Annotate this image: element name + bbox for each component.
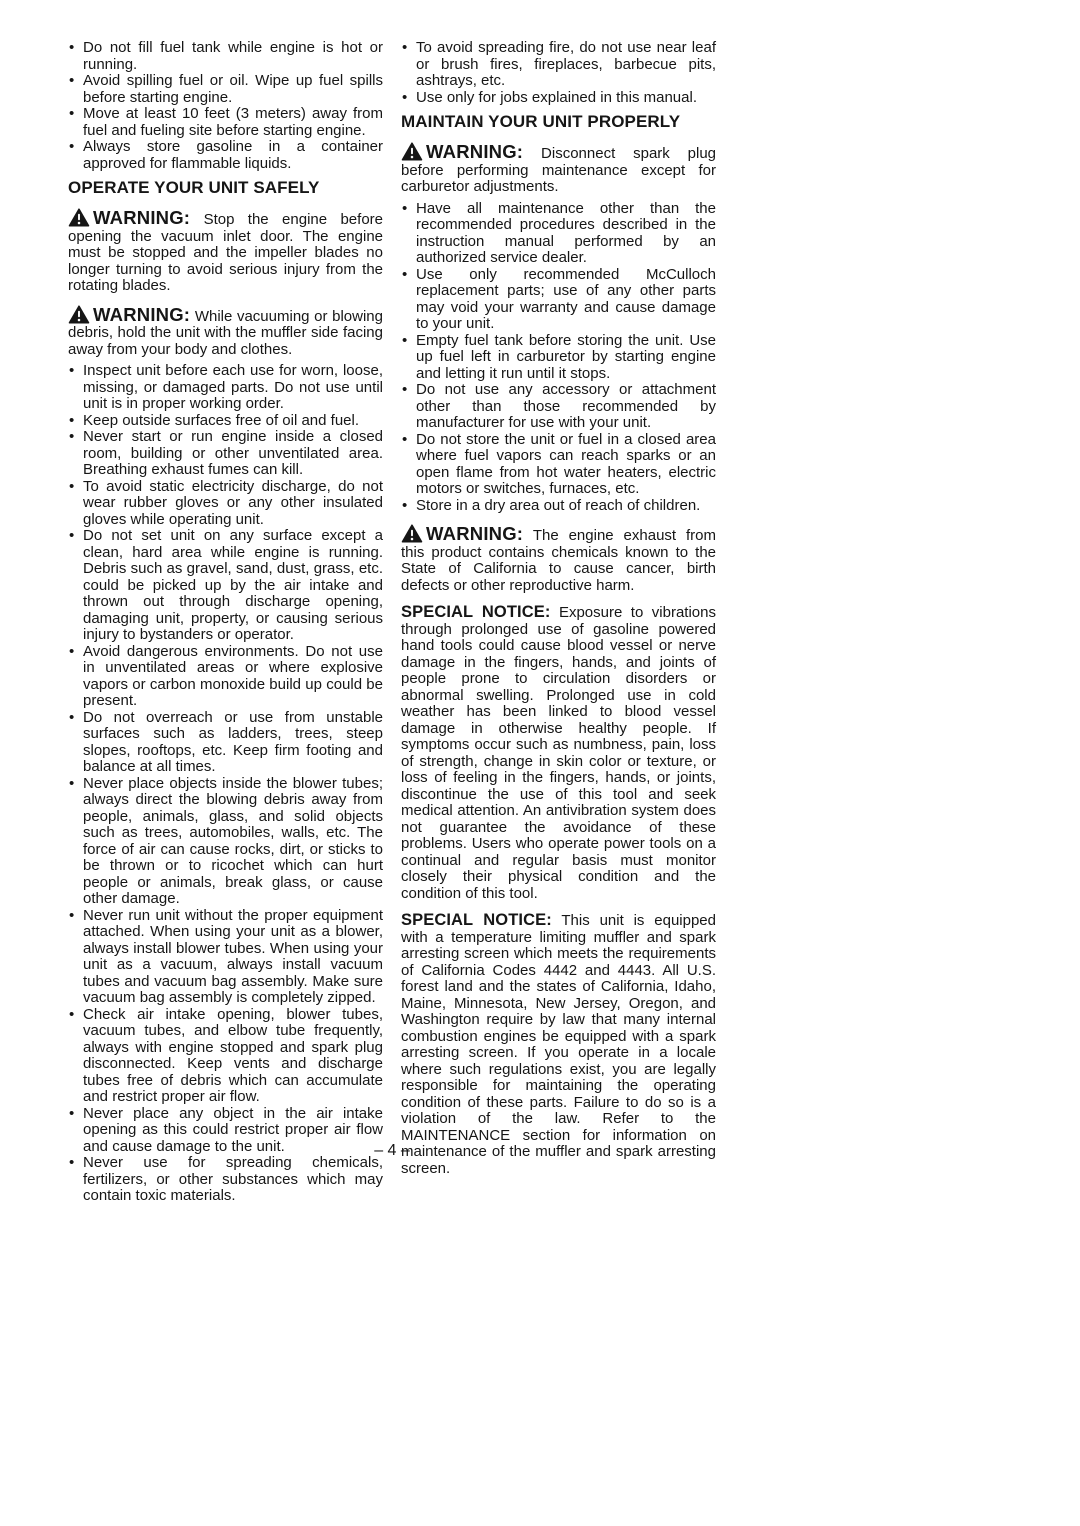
warning-label: WARNING: [93, 304, 190, 325]
list-item: Use only for jobs explained in this manu… [401, 90, 716, 107]
warning-triangle-icon [401, 142, 423, 161]
fuel-safety-bullet-list: Do not fill fuel tank while engine is ho… [68, 40, 383, 172]
list-item: Empty fuel tank before storing the unit.… [401, 333, 716, 383]
list-item: Avoid spilling fuel or oil. Wipe up fuel… [68, 73, 383, 106]
manual-page: Do not fill fuel tank while engine is ho… [0, 0, 1080, 1526]
warning-triangle-icon [68, 208, 90, 227]
special-notice-label: SPECIAL NOTICE: [401, 911, 552, 929]
section-heading-operate-safely: OPERATE YOUR UNIT SAFELY [68, 177, 383, 198]
operating-safety-bullet-list: Inspect unit before each use for worn, l… [68, 363, 383, 1205]
special-notice-text: This unit is equipped with a temperature… [401, 912, 716, 1177]
warning-paragraph-inlet-door: WARNING: Stop the engine before opening … [68, 208, 383, 295]
warning-label: WARNING: [426, 141, 523, 162]
list-item: Move at least 10 feet (3 meters) away fr… [68, 106, 383, 139]
list-item: Never use for spreading chemicals, ferti… [68, 1155, 383, 1205]
list-item: Avoid dangerous environments. Do not use… [68, 644, 383, 710]
list-item: Have all maintenance other than the reco… [401, 201, 716, 267]
right-column: To avoid spreading fire, do not use near… [401, 40, 716, 1205]
warning-paragraph-spark-plug: WARNING: Disconnect spark plug before pe… [401, 142, 716, 196]
special-notice-spark-arrestor: SPECIAL NOTICE: This unit is equipped wi… [401, 912, 716, 1177]
special-notice-vibration: SPECIAL NOTICE: Exposure to vibrations t… [401, 604, 716, 902]
list-item: To avoid static electricity discharge, d… [68, 479, 383, 529]
list-item: Always store gasoline in a container app… [68, 139, 383, 172]
list-item: Use only recommended McCulloch replaceme… [401, 267, 716, 333]
section-heading-maintain-properly: MAINTAIN YOUR UNIT PROPERLY [401, 111, 716, 132]
list-item: Inspect unit before each use for worn, l… [68, 363, 383, 413]
warning-paragraph-muffler-side: WARNING: While vacuuming or blowing debr… [68, 305, 383, 359]
list-item: Do not set unit on any surface except a … [68, 528, 383, 644]
warning-triangle-icon [68, 305, 90, 324]
list-item: Never run unit without the proper equipm… [68, 908, 383, 1007]
warning-triangle-icon [401, 524, 423, 543]
list-item: Store in a dry area out of reach of chil… [401, 498, 716, 515]
maintenance-bullet-list: Have all maintenance other than the reco… [401, 201, 716, 515]
list-item: Never place objects inside the blower tu… [68, 776, 383, 908]
list-item: Do not fill fuel tank while engine is ho… [68, 40, 383, 73]
list-item: Check air intake opening, blower tubes, … [68, 1007, 383, 1106]
warning-paragraph-engine-exhaust: WARNING: The engine exhaust from this pr… [401, 524, 716, 594]
list-item: Do not store the unit or fuel in a close… [401, 432, 716, 498]
special-notice-label: SPECIAL NOTICE: [401, 603, 550, 621]
fire-safety-bullet-list: To avoid spreading fire, do not use near… [401, 40, 716, 106]
list-item: Never start or run engine inside a close… [68, 429, 383, 479]
left-column: Do not fill fuel tank while engine is ho… [68, 40, 383, 1205]
list-item: To avoid spreading fire, do not use near… [401, 40, 716, 90]
list-item: Do not overreach or use from unstable su… [68, 710, 383, 776]
list-item: Do not use any accessory or attachment o… [401, 382, 716, 432]
warning-label: WARNING: [426, 523, 523, 544]
warning-label: WARNING: [93, 207, 190, 228]
page-number: – 4 – [68, 1142, 716, 1160]
special-notice-text: Exposure to vibrations through prolonged… [401, 604, 716, 902]
page-content: Do not fill fuel tank while engine is ho… [68, 40, 716, 1205]
list-item: Keep outside surfaces free of oil and fu… [68, 413, 383, 430]
